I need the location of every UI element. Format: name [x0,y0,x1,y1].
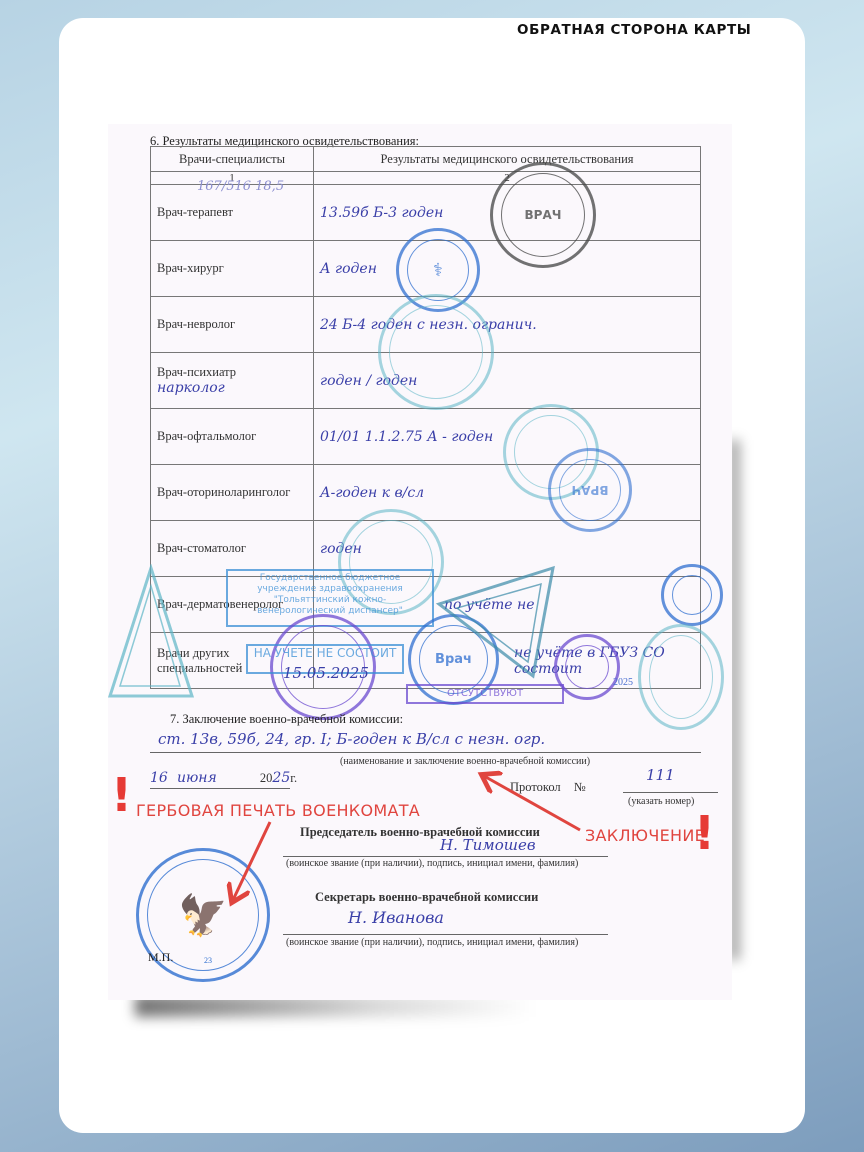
arrow-to-conclusion [484,776,580,830]
annotation-arrows [0,0,864,1152]
arrow-to-seal [233,822,270,900]
